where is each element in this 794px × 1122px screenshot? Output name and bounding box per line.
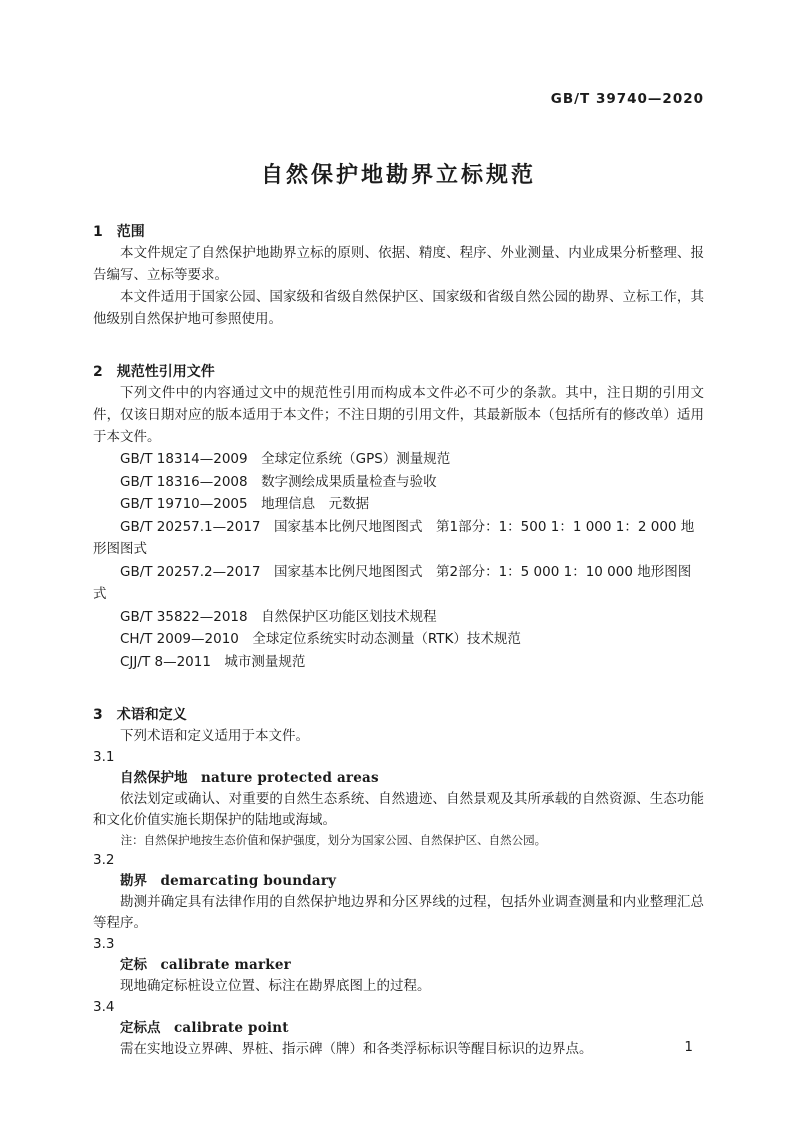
term-name-zh: 定标 — [120, 957, 147, 973]
reference-item: CH/T 2009—2010 全球定位系统实时动态测量（RTK）技术规范 — [93, 628, 704, 651]
term-name-en: calibrate marker — [161, 957, 291, 973]
term-number: 3.4 — [93, 997, 704, 1018]
reference-item: GB/T 18316—2008 数字测绘成果质量检查与验收 — [93, 471, 704, 494]
section-3-intro: 下列术语和定义适用于本文件。 — [93, 725, 704, 747]
section-1-heading: 1 范围 — [93, 222, 704, 242]
section-3-heading: 3 术语和定义 — [93, 705, 704, 725]
term-name: 勘界demarcating boundary — [93, 871, 704, 892]
term-number: 3.1 — [93, 747, 704, 768]
reference-item: GB/T 20257.2—2017 国家基本比例尺地图图式 第2部分：1：5 0… — [93, 561, 704, 606]
term-name-en: demarcating boundary — [161, 873, 337, 889]
term-name: 定标calibrate marker — [93, 955, 704, 976]
document-page: GB/T 39740—2020 自然保护地勘界立标规范 1 范围 本文件规定了自… — [0, 0, 794, 1122]
term-name-en: nature protected areas — [201, 770, 379, 786]
reference-item: GB/T 20257.1—2017 国家基本比例尺地图图式 第1部分：1：500… — [93, 516, 704, 561]
term-name: 自然保护地nature protected areas — [93, 768, 704, 789]
term-3-4: 3.4 定标点calibrate point 需在实地设立界碑、界桩、指示碑（牌… — [93, 997, 704, 1060]
page-number: 1 — [684, 1036, 693, 1058]
term-name-zh: 定标点 — [120, 1020, 161, 1036]
standard-number: GB/T 39740—2020 — [93, 88, 704, 110]
reference-item: GB/T 19710—2005 地理信息 元数据 — [93, 493, 704, 516]
reference-item: GB/T 18314—2009 全球定位系统（GPS）测量规范 — [93, 448, 704, 471]
reference-item: CJJ/T 8—2011 城市测量规范 — [93, 651, 704, 674]
section-2-intro: 下列文件中的内容通过文中的规范性引用而构成本文件必不可少的条款。其中，注日期的引… — [93, 382, 704, 448]
term-note: 注：自然保护地按生态价值和保护强度，划分为国家公园、自然保护区、自然公园。 — [93, 831, 704, 850]
term-name-zh: 勘界 — [120, 873, 147, 889]
term-number: 3.3 — [93, 934, 704, 955]
term-definition: 现地确定标桩设立位置、标注在勘界底图上的过程。 — [93, 976, 704, 997]
term-3-3: 3.3 定标calibrate marker 现地确定标桩设立位置、标注在勘界底… — [93, 934, 704, 997]
term-3-1: 3.1 自然保护地nature protected areas 依法划定或确认、… — [93, 747, 704, 850]
section-2-heading: 2 规范性引用文件 — [93, 362, 704, 382]
document-title: 自然保护地勘界立标规范 — [93, 162, 704, 190]
term-definition: 勘测并确定具有法律作用的自然保护地边界和分区界线的过程，包括外业调查测量和内业整… — [93, 892, 704, 934]
term-name-zh: 自然保护地 — [120, 770, 188, 786]
term-definition: 需在实地设立界碑、界桩、指示碑（牌）和各类浮标标识等醒目标识的边界点。 — [93, 1039, 704, 1060]
section-1-paragraph: 本文件适用于国家公园、国家级和省级自然保护区、国家级和省级自然公园的勘界、立标工… — [93, 286, 704, 330]
section-1-paragraph: 本文件规定了自然保护地勘界立标的原则、依据、精度、程序、外业测量、内业成果分析整… — [93, 242, 704, 286]
term-name-en: calibrate point — [174, 1020, 289, 1036]
term-number: 3.2 — [93, 850, 704, 871]
reference-item: GB/T 35822—2018 自然保护区功能区划技术规程 — [93, 606, 704, 629]
term-3-2: 3.2 勘界demarcating boundary 勘测并确定具有法律作用的自… — [93, 850, 704, 934]
term-definition: 依法划定或确认、对重要的自然生态系统、自然遗迹、自然景观及其所承载的自然资源、生… — [93, 789, 704, 831]
term-name: 定标点calibrate point — [93, 1018, 704, 1039]
